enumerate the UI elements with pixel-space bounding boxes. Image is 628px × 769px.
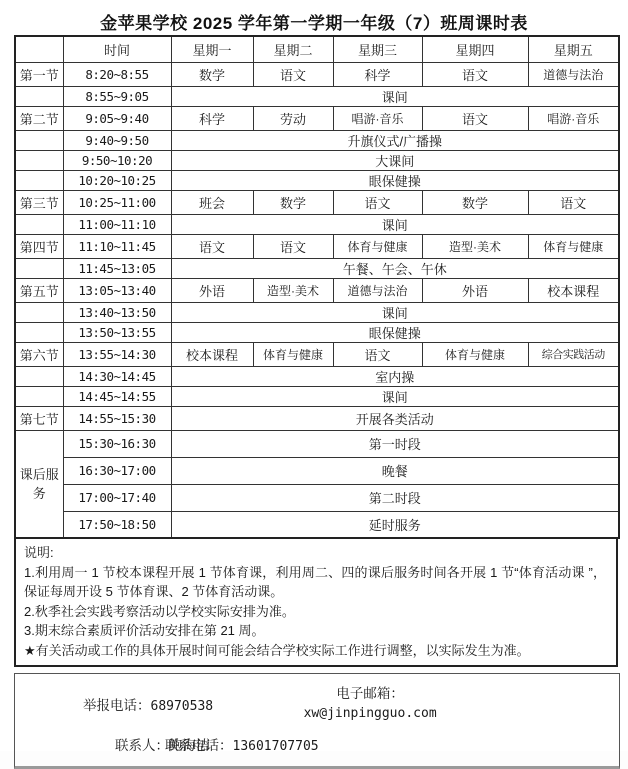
time-cell: 14:30~14:45 xyxy=(63,366,171,386)
subject-cell: 校本课程 xyxy=(171,342,253,366)
report-phone-value: 68970538 xyxy=(151,699,214,714)
activity-cell: 课间 xyxy=(171,302,619,322)
activity-cell: 课间 xyxy=(171,386,619,406)
period-cell xyxy=(15,386,63,406)
subject-cell: 语文 xyxy=(253,62,333,86)
timetable-row: 课后服务15:30~16:30第一时段 xyxy=(15,430,619,457)
time-cell: 9:40~9:50 xyxy=(63,130,171,150)
period-cell: 第二节 xyxy=(15,106,63,130)
timetable-row: 16:30~17:00晚餐 xyxy=(15,457,619,484)
subject-cell: 语文 xyxy=(422,106,528,130)
activity-cell: 午餐、午会、午休 xyxy=(171,258,619,278)
subject-cell: 造型·美术 xyxy=(253,278,333,302)
period-cell xyxy=(15,170,63,190)
timetable-row: 10:20~10:25眼保健操 xyxy=(15,170,619,190)
activity-cell: 课间 xyxy=(171,86,619,106)
report-phone: 举报电话：68970538 xyxy=(15,694,213,714)
time-cell: 14:55~15:30 xyxy=(63,406,171,430)
time-cell: 15:30~16:30 xyxy=(63,430,171,457)
subject-cell: 体育与健康 xyxy=(253,342,333,366)
subject-cell: 外语 xyxy=(171,278,253,302)
time-cell: 8:20~8:55 xyxy=(63,62,171,86)
contact-phone: 联系电话：13601707705 xyxy=(165,734,319,754)
report-phone-label: 举报电话： xyxy=(83,698,151,713)
notes-box: 说明: 1.利用周一 1 节校本课程开展 1 节体育课，利用周二、四的课后服务时… xyxy=(14,539,618,667)
timetable-row: 8:55~9:05课间 xyxy=(15,86,619,106)
contact-row-1: 举报电话：68970538 电子邮箱： xw@jinpingguo.com xyxy=(15,674,619,734)
time-cell: 9:05~9:40 xyxy=(63,106,171,130)
period-cell: 第五节 xyxy=(15,278,63,302)
timetable-row: 13:40~13:50课间 xyxy=(15,302,619,322)
time-cell: 11:45~13:05 xyxy=(63,258,171,278)
email-label: 电子邮箱： xyxy=(275,684,465,704)
period-cell: 课后服务 xyxy=(15,430,63,538)
time-cell: 10:20~10:25 xyxy=(63,170,171,190)
period-cell xyxy=(15,302,63,322)
time-cell: 10:25~11:00 xyxy=(63,190,171,214)
contact-box: 举报电话：68970538 电子邮箱： xw@jinpingguo.com 联系… xyxy=(14,673,620,769)
activity-cell: 开展各类活动 xyxy=(171,406,619,430)
subject-cell: 综合实践活动 xyxy=(528,342,619,366)
subject-cell: 道德与法治 xyxy=(528,62,619,86)
subject-cell: 科学 xyxy=(333,62,422,86)
period-cell xyxy=(15,366,63,386)
timetable-row: 14:45~14:55课间 xyxy=(15,386,619,406)
timetable-row: 第四节11:10~11:45语文语文体育与健康造型·美术体育与健康 xyxy=(15,234,619,258)
timetable-row: 第六节13:55~14:30校本课程体育与健康语文体育与健康综合实践活动 xyxy=(15,342,619,366)
email-value: xw@jinpingguo.com xyxy=(275,704,465,724)
time-cell: 17:50~18:50 xyxy=(63,511,171,538)
period-cell xyxy=(15,258,63,278)
period-cell: 第六节 xyxy=(15,342,63,366)
contact-phone-value: 13601707705 xyxy=(233,739,319,754)
timetable-row: 第五节13:05~13:40外语造型·美术道德与法治外语校本课程 xyxy=(15,278,619,302)
header-cell-empty xyxy=(15,36,63,62)
period-cell xyxy=(15,322,63,342)
note-item: ★有关活动或工作的具体开展时间可能会结合学校实际工作进行调整，以实际发生为准。 xyxy=(24,641,606,661)
subject-cell: 体育与健康 xyxy=(422,342,528,366)
subject-cell: 唱游·音乐 xyxy=(333,106,422,130)
time-cell: 9:50~10:20 xyxy=(63,150,171,170)
activity-cell: 升旗仪式/广播操 xyxy=(171,130,619,150)
time-cell: 13:50~13:55 xyxy=(63,322,171,342)
subject-cell: 唱游·音乐 xyxy=(528,106,619,130)
contact-person: 联系人：鲍海洁 xyxy=(15,734,165,754)
timetable-row: 13:50~13:55眼保健操 xyxy=(15,322,619,342)
subject-cell: 语文 xyxy=(253,234,333,258)
subject-cell: 数学 xyxy=(253,190,333,214)
activity-cell: 室内操 xyxy=(171,366,619,386)
header-cell: 星期二 xyxy=(253,36,333,62)
subject-cell: 语文 xyxy=(171,234,253,258)
header-cell: 星期三 xyxy=(333,36,422,62)
period-cell: 第四节 xyxy=(15,234,63,258)
activity-cell: 大课间 xyxy=(171,150,619,170)
contact-row-2: 联系人：鲍海洁 联系电话：13601707705 xyxy=(15,734,619,766)
contact-phone-label: 联系电话： xyxy=(165,738,233,753)
subject-cell: 造型·美术 xyxy=(422,234,528,258)
subject-cell: 劳动 xyxy=(253,106,333,130)
period-cell xyxy=(15,130,63,150)
subject-cell: 语文 xyxy=(333,342,422,366)
timetable-row: 11:45~13:05午餐、午会、午休 xyxy=(15,258,619,278)
time-cell: 11:10~11:45 xyxy=(63,234,171,258)
header-cell: 星期五 xyxy=(528,36,619,62)
period-cell: 第一节 xyxy=(15,62,63,86)
timetable-row: 14:30~14:45室内操 xyxy=(15,366,619,386)
header-cell: 星期四 xyxy=(422,36,528,62)
time-cell: 11:00~11:10 xyxy=(63,214,171,234)
time-cell: 16:30~17:00 xyxy=(63,457,171,484)
activity-cell: 延时服务 xyxy=(171,511,619,538)
timetable-row: 11:00~11:10课间 xyxy=(15,214,619,234)
page-title: 金苹果学校 2025 学年第一学期一年级（7）班周课时表 xyxy=(0,0,628,35)
timetable-row: 17:00~17:40第二时段 xyxy=(15,484,619,511)
subject-cell: 数学 xyxy=(171,62,253,86)
email-block: 电子邮箱： xw@jinpingguo.com xyxy=(275,684,465,724)
time-cell: 17:00~17:40 xyxy=(63,484,171,511)
note-item: 1.利用周一 1 节校本课程开展 1 节体育课，利用周二、四的课后服务时间各开展… xyxy=(24,563,606,602)
activity-cell: 课间 xyxy=(171,214,619,234)
activity-cell: 晚餐 xyxy=(171,457,619,484)
activity-cell: 第二时段 xyxy=(171,484,619,511)
activity-cell: 第一时段 xyxy=(171,430,619,457)
subject-cell: 校本课程 xyxy=(528,278,619,302)
header-cell: 星期一 xyxy=(171,36,253,62)
activity-cell: 眼保健操 xyxy=(171,322,619,342)
timetable-row: 第二节9:05~9:40科学劳动唱游·音乐语文唱游·音乐 xyxy=(15,106,619,130)
timetable-row: 第三节10:25~11:00班会数学语文数学语文 xyxy=(15,190,619,214)
timetable-row: 9:40~9:50升旗仪式/广播操 xyxy=(15,130,619,150)
period-cell: 第三节 xyxy=(15,190,63,214)
time-cell: 8:55~9:05 xyxy=(63,86,171,106)
weekly-timetable: 时间星期一星期二星期三星期四星期五 第一节8:20~8:55数学语文科学语文道德… xyxy=(14,35,620,539)
period-cell xyxy=(15,214,63,234)
timetable-header-row: 时间星期一星期二星期三星期四星期五 xyxy=(15,36,619,62)
timetable-row: 17:50~18:50延时服务 xyxy=(15,511,619,538)
timetable-document: 金苹果学校 2025 学年第一学期一年级（7）班周课时表 时间星期一星期二星期三… xyxy=(0,0,628,751)
period-cell: 第七节 xyxy=(15,406,63,430)
header-cell: 时间 xyxy=(63,36,171,62)
subject-cell: 外语 xyxy=(422,278,528,302)
note-item: 2.秋季社会实践考察活动以学校实际安排为准。 xyxy=(24,602,606,622)
time-cell: 13:55~14:30 xyxy=(63,342,171,366)
period-cell xyxy=(15,150,63,170)
subject-cell: 数学 xyxy=(422,190,528,214)
subject-cell: 语文 xyxy=(528,190,619,214)
timetable-row: 9:50~10:20大课间 xyxy=(15,150,619,170)
subject-cell: 语文 xyxy=(422,62,528,86)
subject-cell: 科学 xyxy=(171,106,253,130)
subject-cell: 道德与法治 xyxy=(333,278,422,302)
activity-cell: 眼保健操 xyxy=(171,170,619,190)
time-cell: 13:40~13:50 xyxy=(63,302,171,322)
subject-cell: 体育与健康 xyxy=(333,234,422,258)
timetable-row: 第七节14:55~15:30开展各类活动 xyxy=(15,406,619,430)
subject-cell: 体育与健康 xyxy=(528,234,619,258)
notes-heading: 说明: xyxy=(24,543,606,563)
timetable-row: 第一节8:20~8:55数学语文科学语文道德与法治 xyxy=(15,62,619,86)
note-item: 3.期末综合素质评价活动安排在第 21 周。 xyxy=(24,621,606,641)
time-cell: 14:45~14:55 xyxy=(63,386,171,406)
time-cell: 13:05~13:40 xyxy=(63,278,171,302)
period-cell xyxy=(15,86,63,106)
contact-person-label: 联系人： xyxy=(115,738,169,753)
subject-cell: 语文 xyxy=(333,190,422,214)
subject-cell: 班会 xyxy=(171,190,253,214)
